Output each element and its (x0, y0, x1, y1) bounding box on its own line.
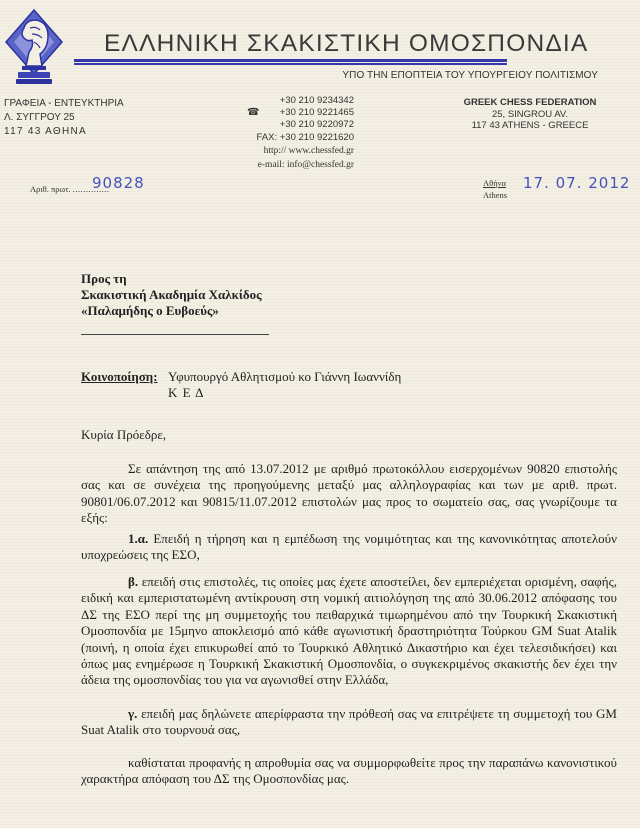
header-rule-thin (74, 63, 507, 65)
paragraph-b-marker: β. (128, 574, 138, 589)
greeting: Κυρία Πρόεδρε, (81, 427, 166, 443)
paragraph-conclusion: καθίσταται προφανής η απροθυμία σας να σ… (81, 755, 617, 788)
paragraph-1a: 1.α. Επειδή η τήρηση και η εμπέδωση της … (81, 531, 617, 564)
office-line3: 117 43 ΑΘΗΝΑ (4, 125, 124, 139)
federation-subtitle: ΥΠΟ ΤΗΝ ΕΠΟΠΤΕΙΑ ΤΟΥ ΥΠΟΥΡΓΕΙΟΥ ΠΟΛΙΤΙΣΜ… (342, 70, 598, 81)
paragraph-b-text: επειδή στις επιστολές, τις οποίες μας έχ… (81, 574, 617, 687)
office-line1: ΓΡΑΦΕΙΑ - ΕΝΤΕΥΚΤΗΡΙΑ (4, 97, 124, 111)
office-address: ΓΡΑΦΕΙΑ - ΕΝΤΕΥΚΤΗΡΙΑ Λ. ΣΥΓΓΡΟΥ 25 117 … (4, 97, 124, 139)
reference-value: 90828 (92, 174, 145, 192)
fax-number: FAX: +30 210 9221620 (240, 132, 354, 144)
cc-line1: Υφυπουργό Αθλητισμού κο Γιάννη Ιωαννίδη (168, 369, 401, 385)
recipient-divider (81, 334, 269, 335)
date-value: 17. 07. 2012 (523, 174, 630, 192)
recipient-line3: «Παλαμήδης ο Ευβοεύς» (81, 303, 262, 319)
paragraph-c-marker: γ. (128, 706, 137, 721)
reference-number: Αριθ. πρωτ. .............. 90828 (30, 184, 110, 194)
paragraph-1a-marker: 1.α. (128, 531, 148, 546)
phone-1: +30 210 9234342 (240, 95, 354, 107)
english-street: 25, SINGROU AV. (448, 109, 612, 121)
recipient-line2: Σκακιστική Ακαδημία Χαλκίδος (81, 287, 262, 303)
english-name: GREEK CHESS FEDERATION (448, 97, 612, 109)
date-label-gr: Αθήνα (483, 178, 506, 188)
date-block: Αθήνα 17. 07. 2012 Athens (483, 178, 507, 200)
office-line2: Λ. ΣΥΓΓΡΟΥ 25 (4, 111, 124, 125)
telephone-icon: ☎ (247, 107, 259, 119)
chess-knight-logo-icon (4, 8, 64, 86)
cc-block: Κοινοποίηση: Υφυπουργό Αθλητισμού κο Γιά… (81, 369, 158, 385)
website-link[interactable]: http:// www.chessfed.gr (240, 144, 354, 158)
recipient-line1: Προς τη (81, 271, 262, 287)
federation-title: ΕΛΛΗΝΙΚΗ ΣΚΑΚΙΣΤΙΚΗ ΟΜΟΣΠΟΝΔΙΑ (104, 30, 588, 58)
email-link[interactable]: e-mail: info@chessfed.gr (240, 158, 354, 172)
paragraph-1a-text: Επειδή η τήρηση και η εμπέδωση της νομιμ… (81, 531, 617, 562)
header-rule (74, 59, 507, 62)
date-label-en: Athens (483, 190, 507, 200)
contact-block: ☎ +30 210 9234342 +30 210 9221465 +30 21… (240, 95, 354, 172)
cc-label: Κοινοποίηση: (81, 369, 158, 384)
paragraph-b: β. επειδή στις επιστολές, τις οποίες μας… (81, 574, 617, 689)
paragraph-intro: Σε απάντηση της από 13.07.2012 με αριθμό… (81, 461, 617, 527)
phone-3: +30 210 9220972 (240, 119, 354, 131)
english-address: GREEK CHESS FEDERATION 25, SINGROU AV. 1… (448, 97, 612, 132)
english-city: 117 43 ATHENS - GREECE (448, 120, 612, 132)
recipient-block: Προς τη Σκακιστική Ακαδημία Χαλκίδος «Πα… (81, 271, 262, 319)
cc-line2: Κ Ε Δ (168, 385, 204, 401)
paragraph-c: γ. επειδή μας δηλώνετε απερίφραστα την π… (81, 706, 617, 739)
reference-label: Αριθ. πρωτ. (30, 184, 71, 194)
paragraph-c-text: επειδή μας δηλώνετε απερίφραστα την πρόθ… (81, 706, 617, 737)
